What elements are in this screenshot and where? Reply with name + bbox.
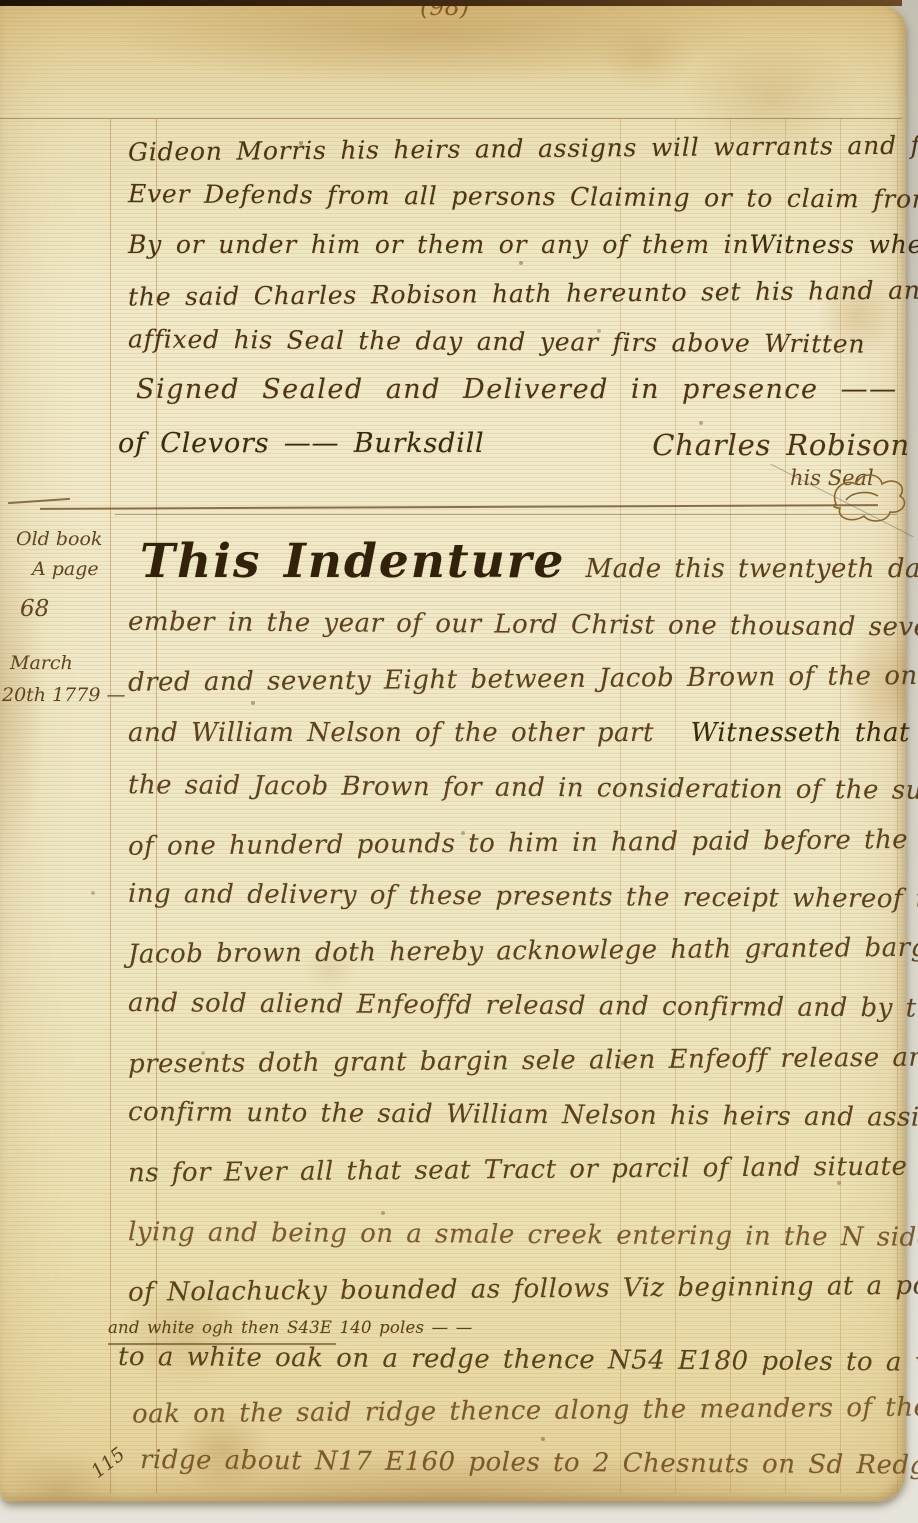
attestation-line: Signed Sealed and Delivered in presence … bbox=[136, 374, 898, 405]
deed-line: ember in the year of our Lord Christ one… bbox=[128, 607, 918, 643]
margin-note-a-page: A page bbox=[32, 558, 99, 580]
deed-line-left: and William Nelson of the other part bbox=[128, 718, 654, 748]
deed-line: confirm unto the said William Nelson his… bbox=[128, 1097, 918, 1133]
deed-line: lying and being on a smale creek enterin… bbox=[128, 1217, 918, 1253]
deed-line: the said Jacob Brown for and in consider… bbox=[128, 770, 918, 806]
seal-scribble-icon bbox=[828, 470, 910, 524]
interline-survey-note: and white ogh then S43E 140 poles — — bbox=[108, 1318, 472, 1337]
deed-line: to a white oak on a redge thence N54 E18… bbox=[118, 1342, 918, 1378]
margin-note-march: March bbox=[10, 652, 73, 674]
witness-signature-line: of Clevors —— Burksdill Charles Robison bbox=[118, 428, 910, 462]
header-rule bbox=[0, 118, 902, 119]
margin-note-old-book: Old book bbox=[16, 528, 102, 550]
deed-line: affixed his Seal the day and year firs a… bbox=[128, 324, 866, 358]
witness-names: of Clevors —— Burksdill bbox=[118, 428, 484, 462]
deed-book-scan: (98) Gideon Morris his heirs and assigns… bbox=[0, 0, 918, 1523]
heading-continuation: Made this twentyeth day of Nov bbox=[585, 554, 918, 584]
deed-line: ridge about N17 E160 poles to 2 Chesnuts… bbox=[140, 1445, 918, 1481]
indenture-heading-line: This Indenture Made this twentyeth day o… bbox=[140, 534, 918, 589]
margin-note-page-68: 68 bbox=[20, 596, 49, 622]
deed-line: and William Nelson of the other part Wit… bbox=[128, 718, 910, 748]
indenture-heading: This Indenture bbox=[140, 534, 565, 589]
witnesseth: Witnesseth that bbox=[691, 718, 910, 748]
margin-note-date: 20th 1779 — bbox=[2, 684, 125, 706]
deed-line: and sold aliend Enfeoffd releasd and con… bbox=[128, 988, 918, 1024]
witness-whereof: Witness whereof bbox=[749, 230, 918, 259]
deed-line: By or under him or them or any of them i… bbox=[128, 230, 910, 259]
deed-line: ing and delivery of these presents the r… bbox=[128, 879, 918, 915]
deed-line-left: By or under him or them or any of them i… bbox=[128, 230, 749, 259]
left-margin-rule bbox=[110, 119, 111, 1493]
separator-rule-2 bbox=[115, 514, 897, 515]
signature-charles-robison: Charles Robison bbox=[652, 428, 910, 462]
binding-edge bbox=[0, 0, 902, 6]
deed-line: Ever Defends from all persons Claiming o… bbox=[128, 179, 918, 214]
